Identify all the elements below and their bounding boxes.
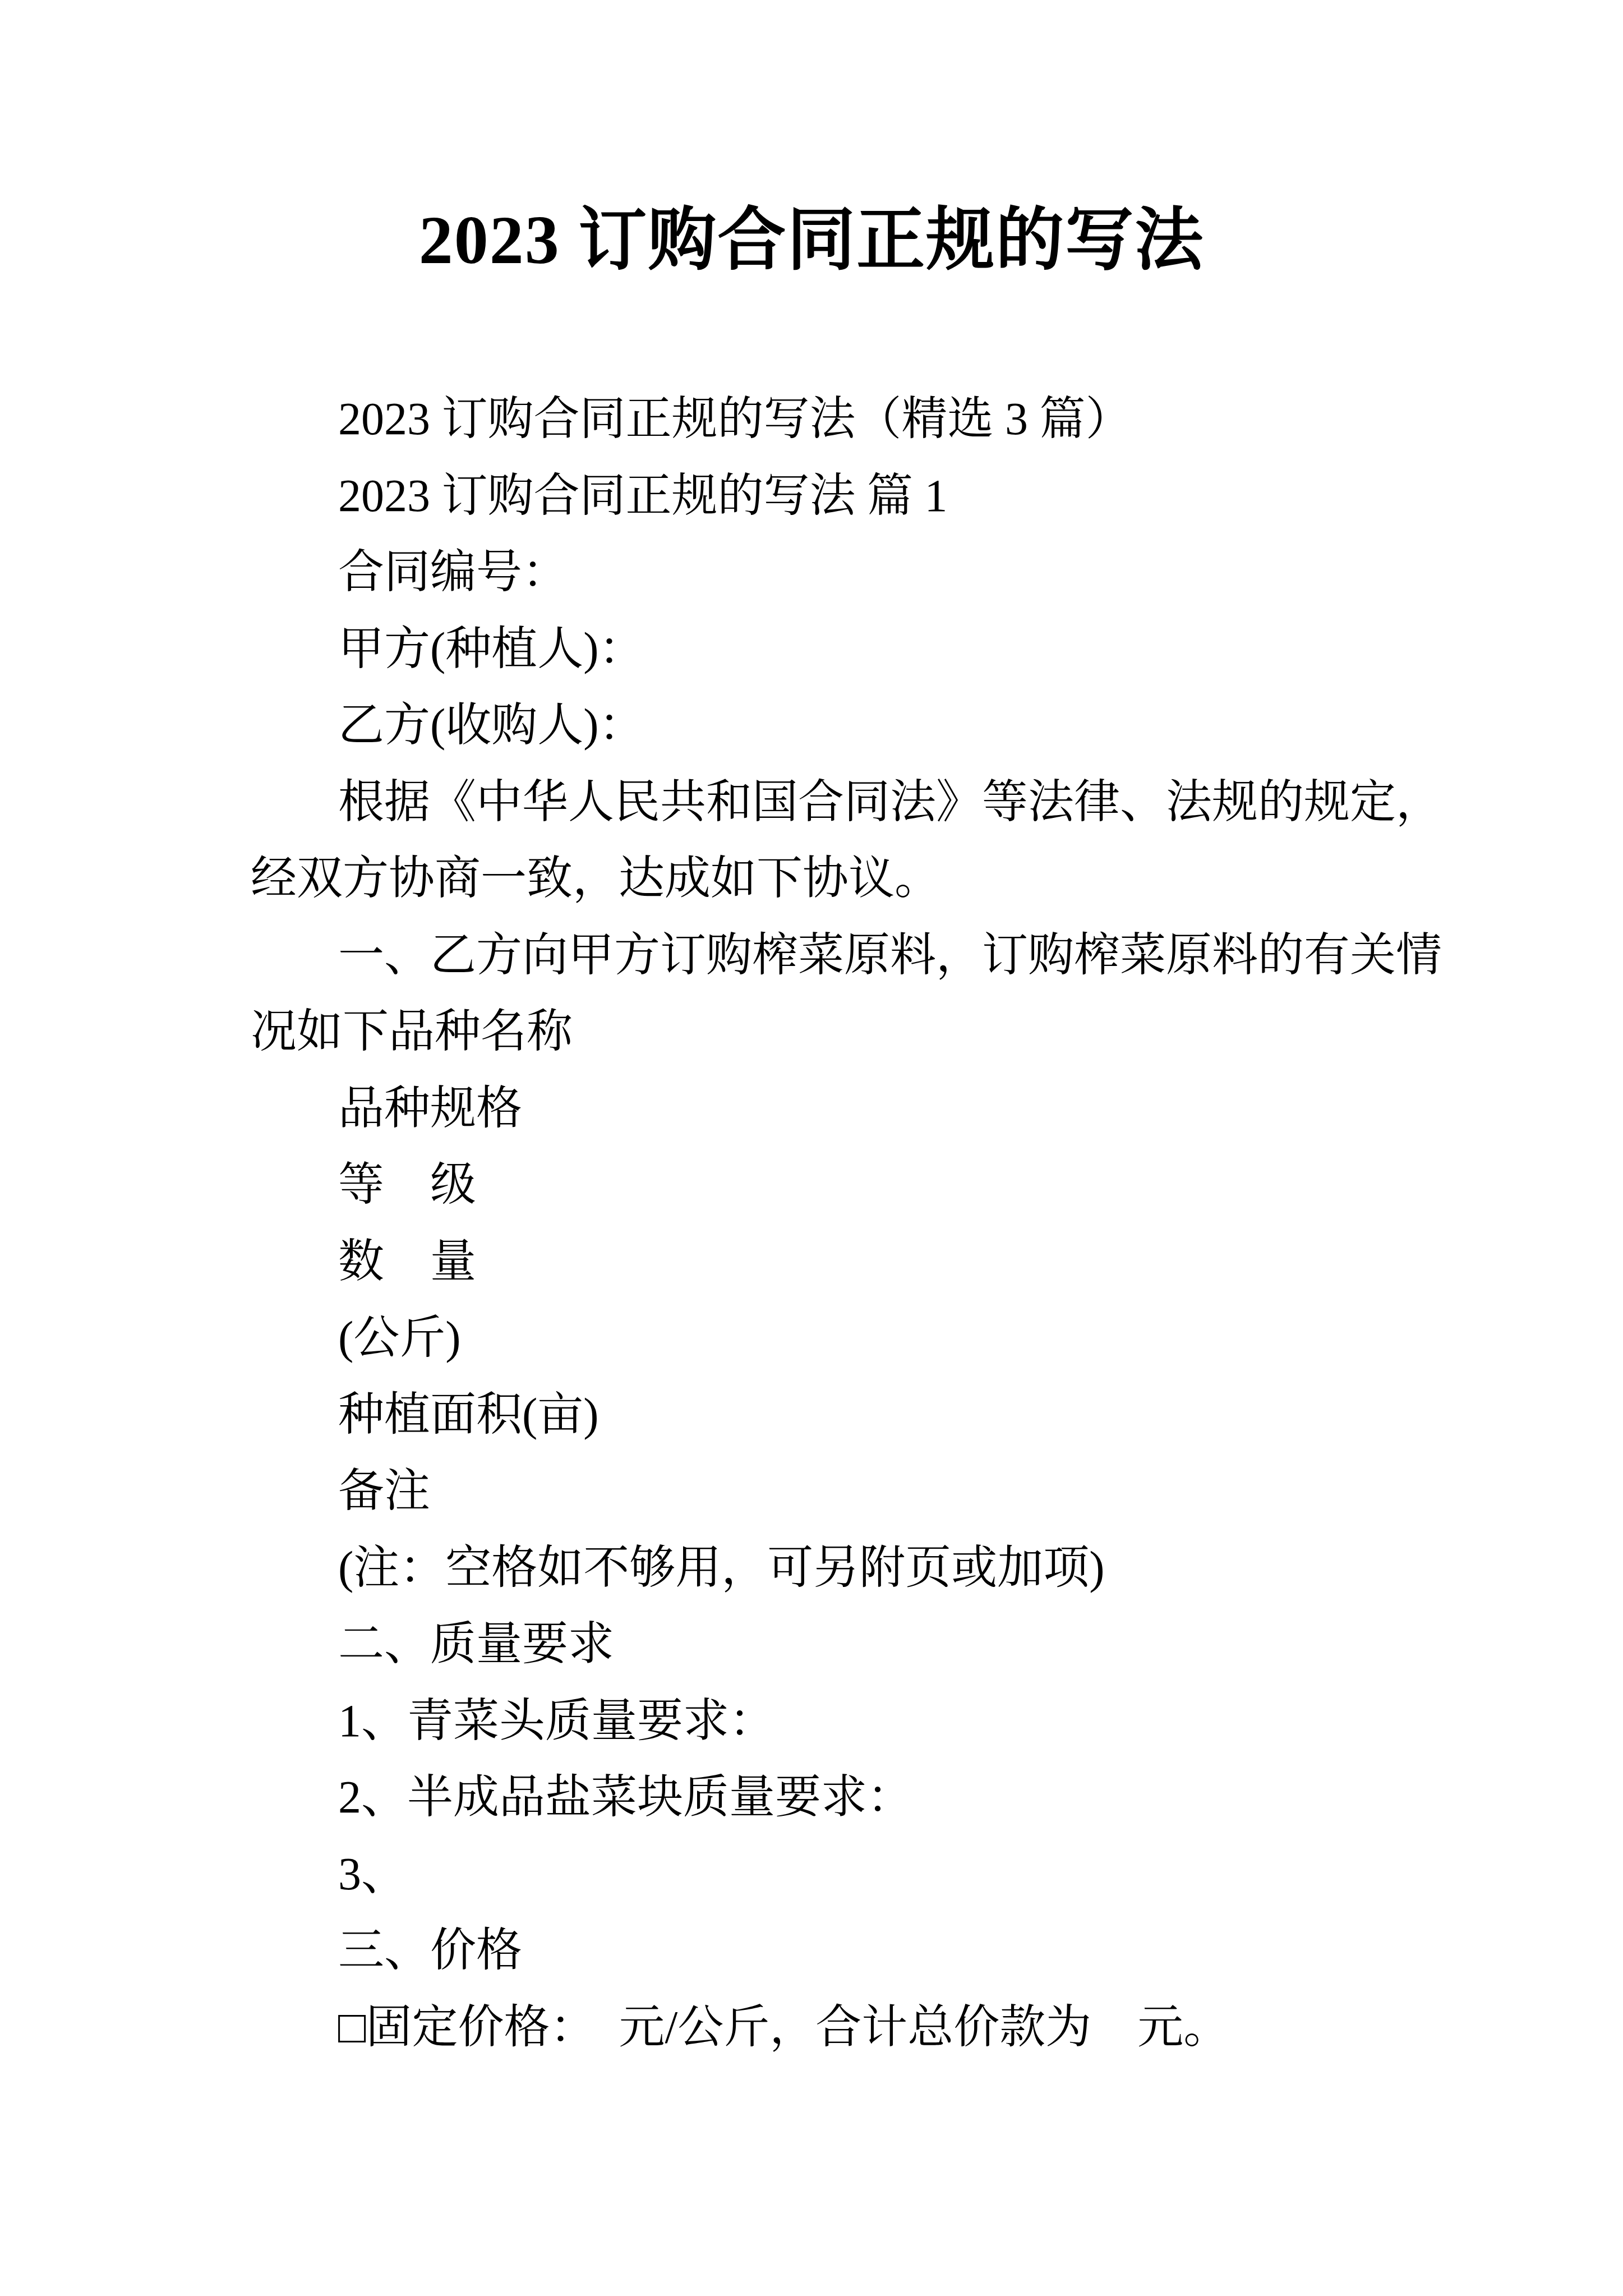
paragraph-line: 2023 订购合同正规的写法（精选 3 篇） (338, 393, 1132, 445)
paragraph-line: 经双方协商一致，达成如下协议。 (251, 852, 940, 905)
paragraph-line: (公斤) (338, 1312, 461, 1364)
document-page: 2023 订购合同正规的写法 2023 订购合同正规的写法（精选 3 篇） 20… (0, 0, 1623, 2296)
paragraph-line: 二、质量要求 (338, 1618, 614, 1671)
paragraph-line: 1、青菜头质量要求： (338, 1695, 775, 1747)
paragraph-line: 种植面积(亩) (338, 1388, 599, 1441)
paragraph-line: 2、半成品盐菜块质量要求： (338, 1771, 913, 1824)
paragraph-line: 况如下品种名称 (251, 1005, 573, 1058)
paragraph-line: 备注 (338, 1465, 430, 1517)
paragraph-line: 2023 订购合同正规的写法 篇 1 (338, 470, 948, 522)
paragraph-line: 品种规格 (338, 1082, 522, 1135)
paragraph-line: 等 级 (338, 1158, 476, 1211)
paragraph-line: 甲方(种植人)： (338, 623, 645, 675)
paragraph-line: 数 量 (338, 1235, 476, 1288)
paragraph-line: 三、价格 (338, 1924, 522, 1977)
paragraph-line: 合同编号： (338, 546, 568, 599)
paragraph-line: (注：空格如不够用，可另附页或加项) (338, 1542, 1105, 1594)
paragraph-line: 乙方(收购人)： (338, 699, 645, 752)
document-title: 2023 订购合同正规的写法 (0, 206, 1623, 275)
paragraph-line: 3、 (338, 1848, 407, 1901)
paragraph-line: 一、乙方向甲方订购榨菜原料，订购榨菜原料的有关情 (338, 929, 1442, 982)
paragraph-line: □固定价格： 元/公斤，合计总价款为 元。 (338, 2001, 1229, 2054)
paragraph-line: 根据《中华人民共和国合同法》等法律、法规的规定， (338, 776, 1442, 829)
